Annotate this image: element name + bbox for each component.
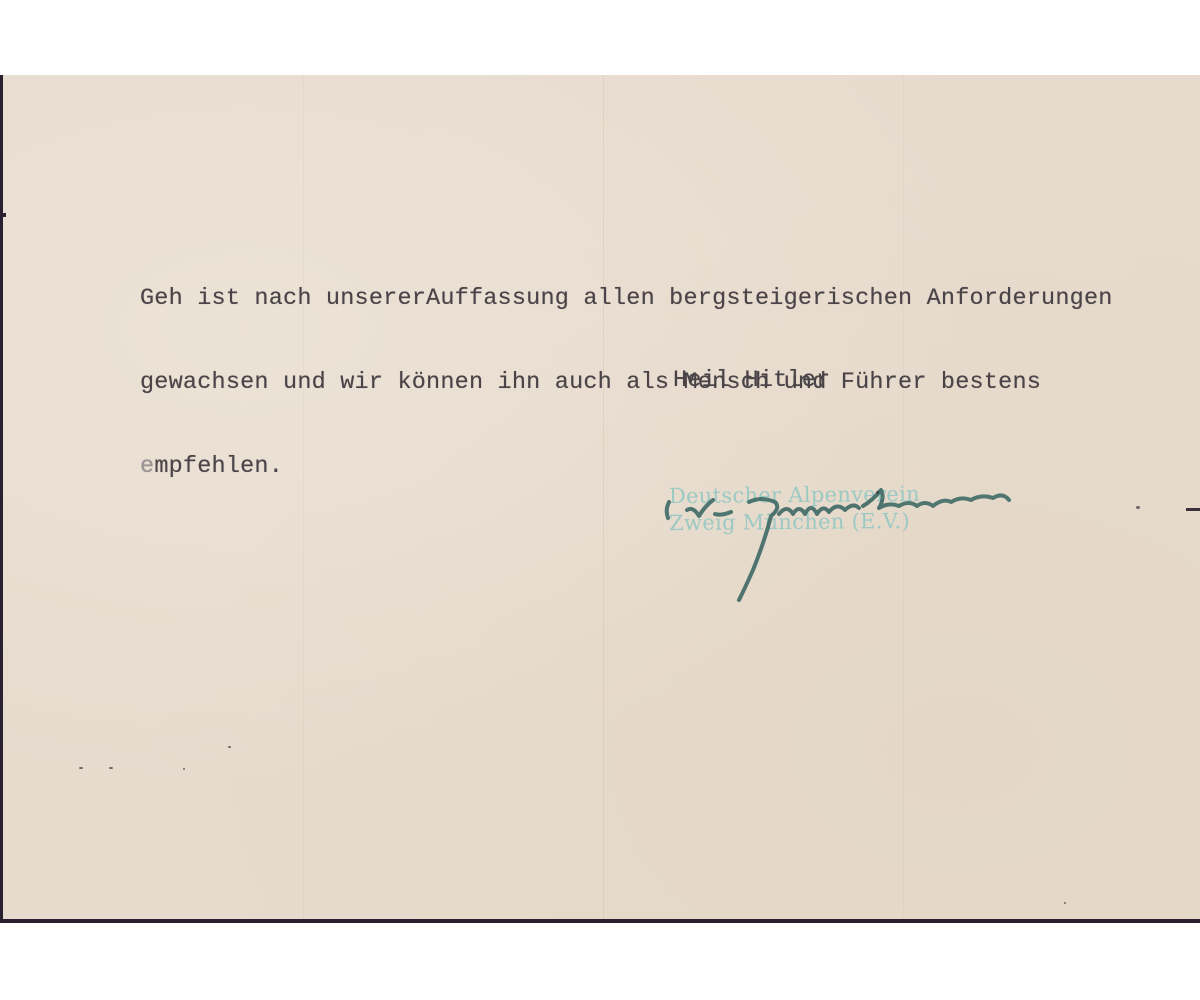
handwritten-signature xyxy=(653,480,1033,615)
closing-salutation: Heil Hitler xyxy=(673,367,830,394)
ink-speck xyxy=(79,767,83,769)
body-line-1: Geh ist nach unsererAuffassung allen ber… xyxy=(140,285,1113,313)
ink-speck xyxy=(183,768,185,770)
ink-speck xyxy=(1136,506,1140,509)
ink-speck xyxy=(228,746,231,748)
body-line-3: empfehlen. xyxy=(140,453,1113,481)
ink-speck xyxy=(109,767,113,769)
body-line-2: gewachsen und wir können ihn auch als Me… xyxy=(140,369,1113,397)
letter-page: Geh ist nach unsererAuffassung allen ber… xyxy=(0,75,1200,923)
ink-speck xyxy=(1064,902,1066,904)
right-edge-mark xyxy=(1186,508,1200,511)
left-edge-mark xyxy=(0,213,6,217)
ink-speck xyxy=(876,491,879,494)
